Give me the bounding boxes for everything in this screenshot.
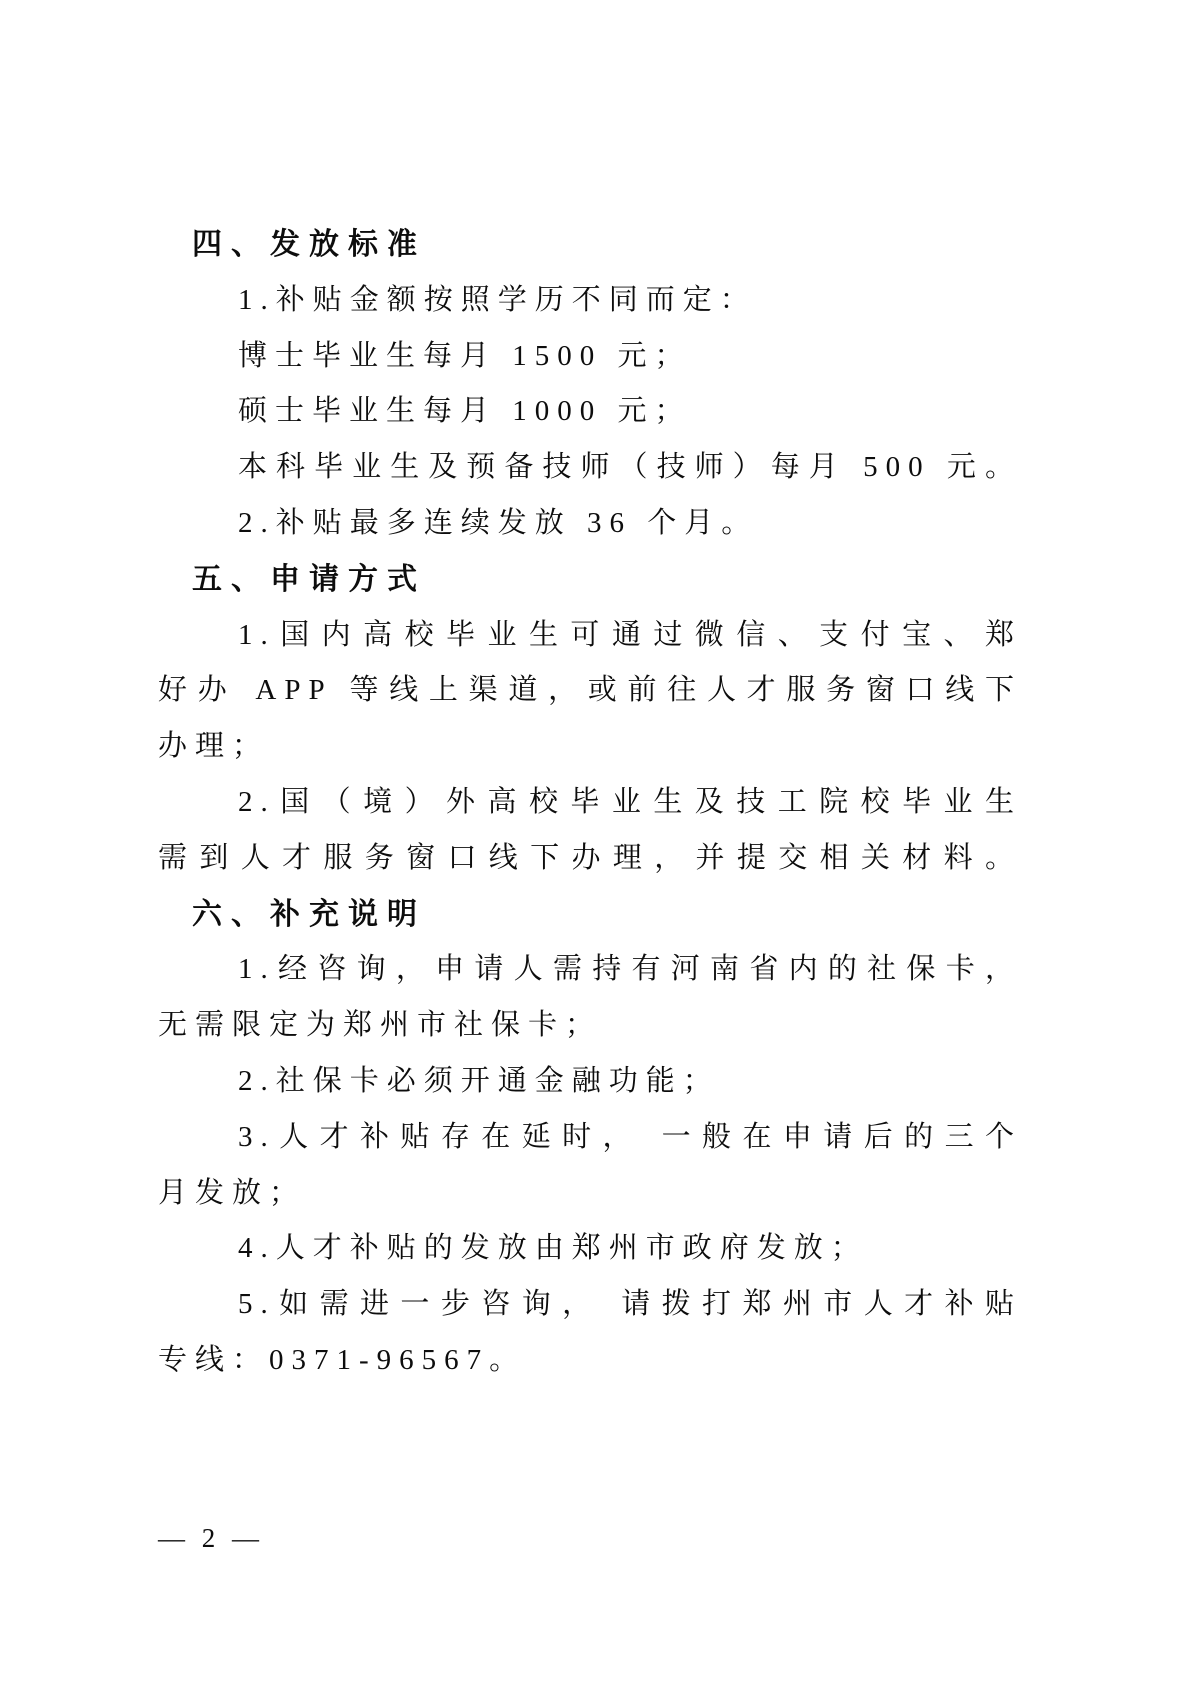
text-line: 博士毕业生每月 1500 元；: [158, 329, 1022, 385]
document-page: 四、发放标准1.补贴金额按照学历不同而定：博士毕业生每月 1500 元；硕士毕业…: [0, 0, 1191, 1684]
text-line: 办理；: [158, 719, 1022, 775]
page-footer: — 2 —: [158, 1511, 264, 1566]
text-line: 2.国（境）外高校毕业生及技工院校毕业生: [158, 775, 1022, 831]
section-heading: 五、申请方式: [158, 552, 1022, 608]
text-line: 本科毕业生及预备技师（技师）每月 500 元。: [158, 440, 1022, 496]
section-heading: 四、发放标准: [158, 217, 1022, 273]
text-line: 无需限定为郑州市社保卡；: [158, 998, 1022, 1054]
text-line: 2.补贴最多连续发放 36 个月。: [158, 496, 1022, 552]
text-line: 硕士毕业生每月 1000 元；: [158, 384, 1022, 440]
text-line: 3.人才补贴存在延时， 一般在申请后的三个: [158, 1110, 1022, 1166]
text-line: 月发放；: [158, 1166, 1022, 1222]
text-line: 1.国内高校毕业生可通过微信、支付宝、郑: [158, 608, 1022, 664]
page-number: — 2 —: [158, 1523, 264, 1553]
text-line: 4.人才补贴的发放由郑州市政府发放；: [158, 1221, 1022, 1277]
text-line: 2.社保卡必须开通金融功能；: [158, 1054, 1022, 1110]
document-body: 四、发放标准1.补贴金额按照学历不同而定：博士毕业生每月 1500 元；硕士毕业…: [158, 217, 1022, 1389]
text-line: 需到人才服务窗口线下办理，并提交相关材料。: [158, 831, 1022, 887]
text-line: 好办 APP 等线上渠道，或前往人才服务窗口线下: [158, 663, 1022, 719]
section-heading: 六、补充说明: [158, 887, 1022, 943]
text-line: 1.经咨询，申请人需持有河南省内的社保卡，: [158, 942, 1022, 998]
text-line: 1.补贴金额按照学历不同而定：: [158, 273, 1022, 329]
text-line: 专线：0371-96567。: [158, 1333, 1022, 1389]
text-line: 5.如需进一步咨询， 请拨打郑州市人才补贴: [158, 1277, 1022, 1333]
